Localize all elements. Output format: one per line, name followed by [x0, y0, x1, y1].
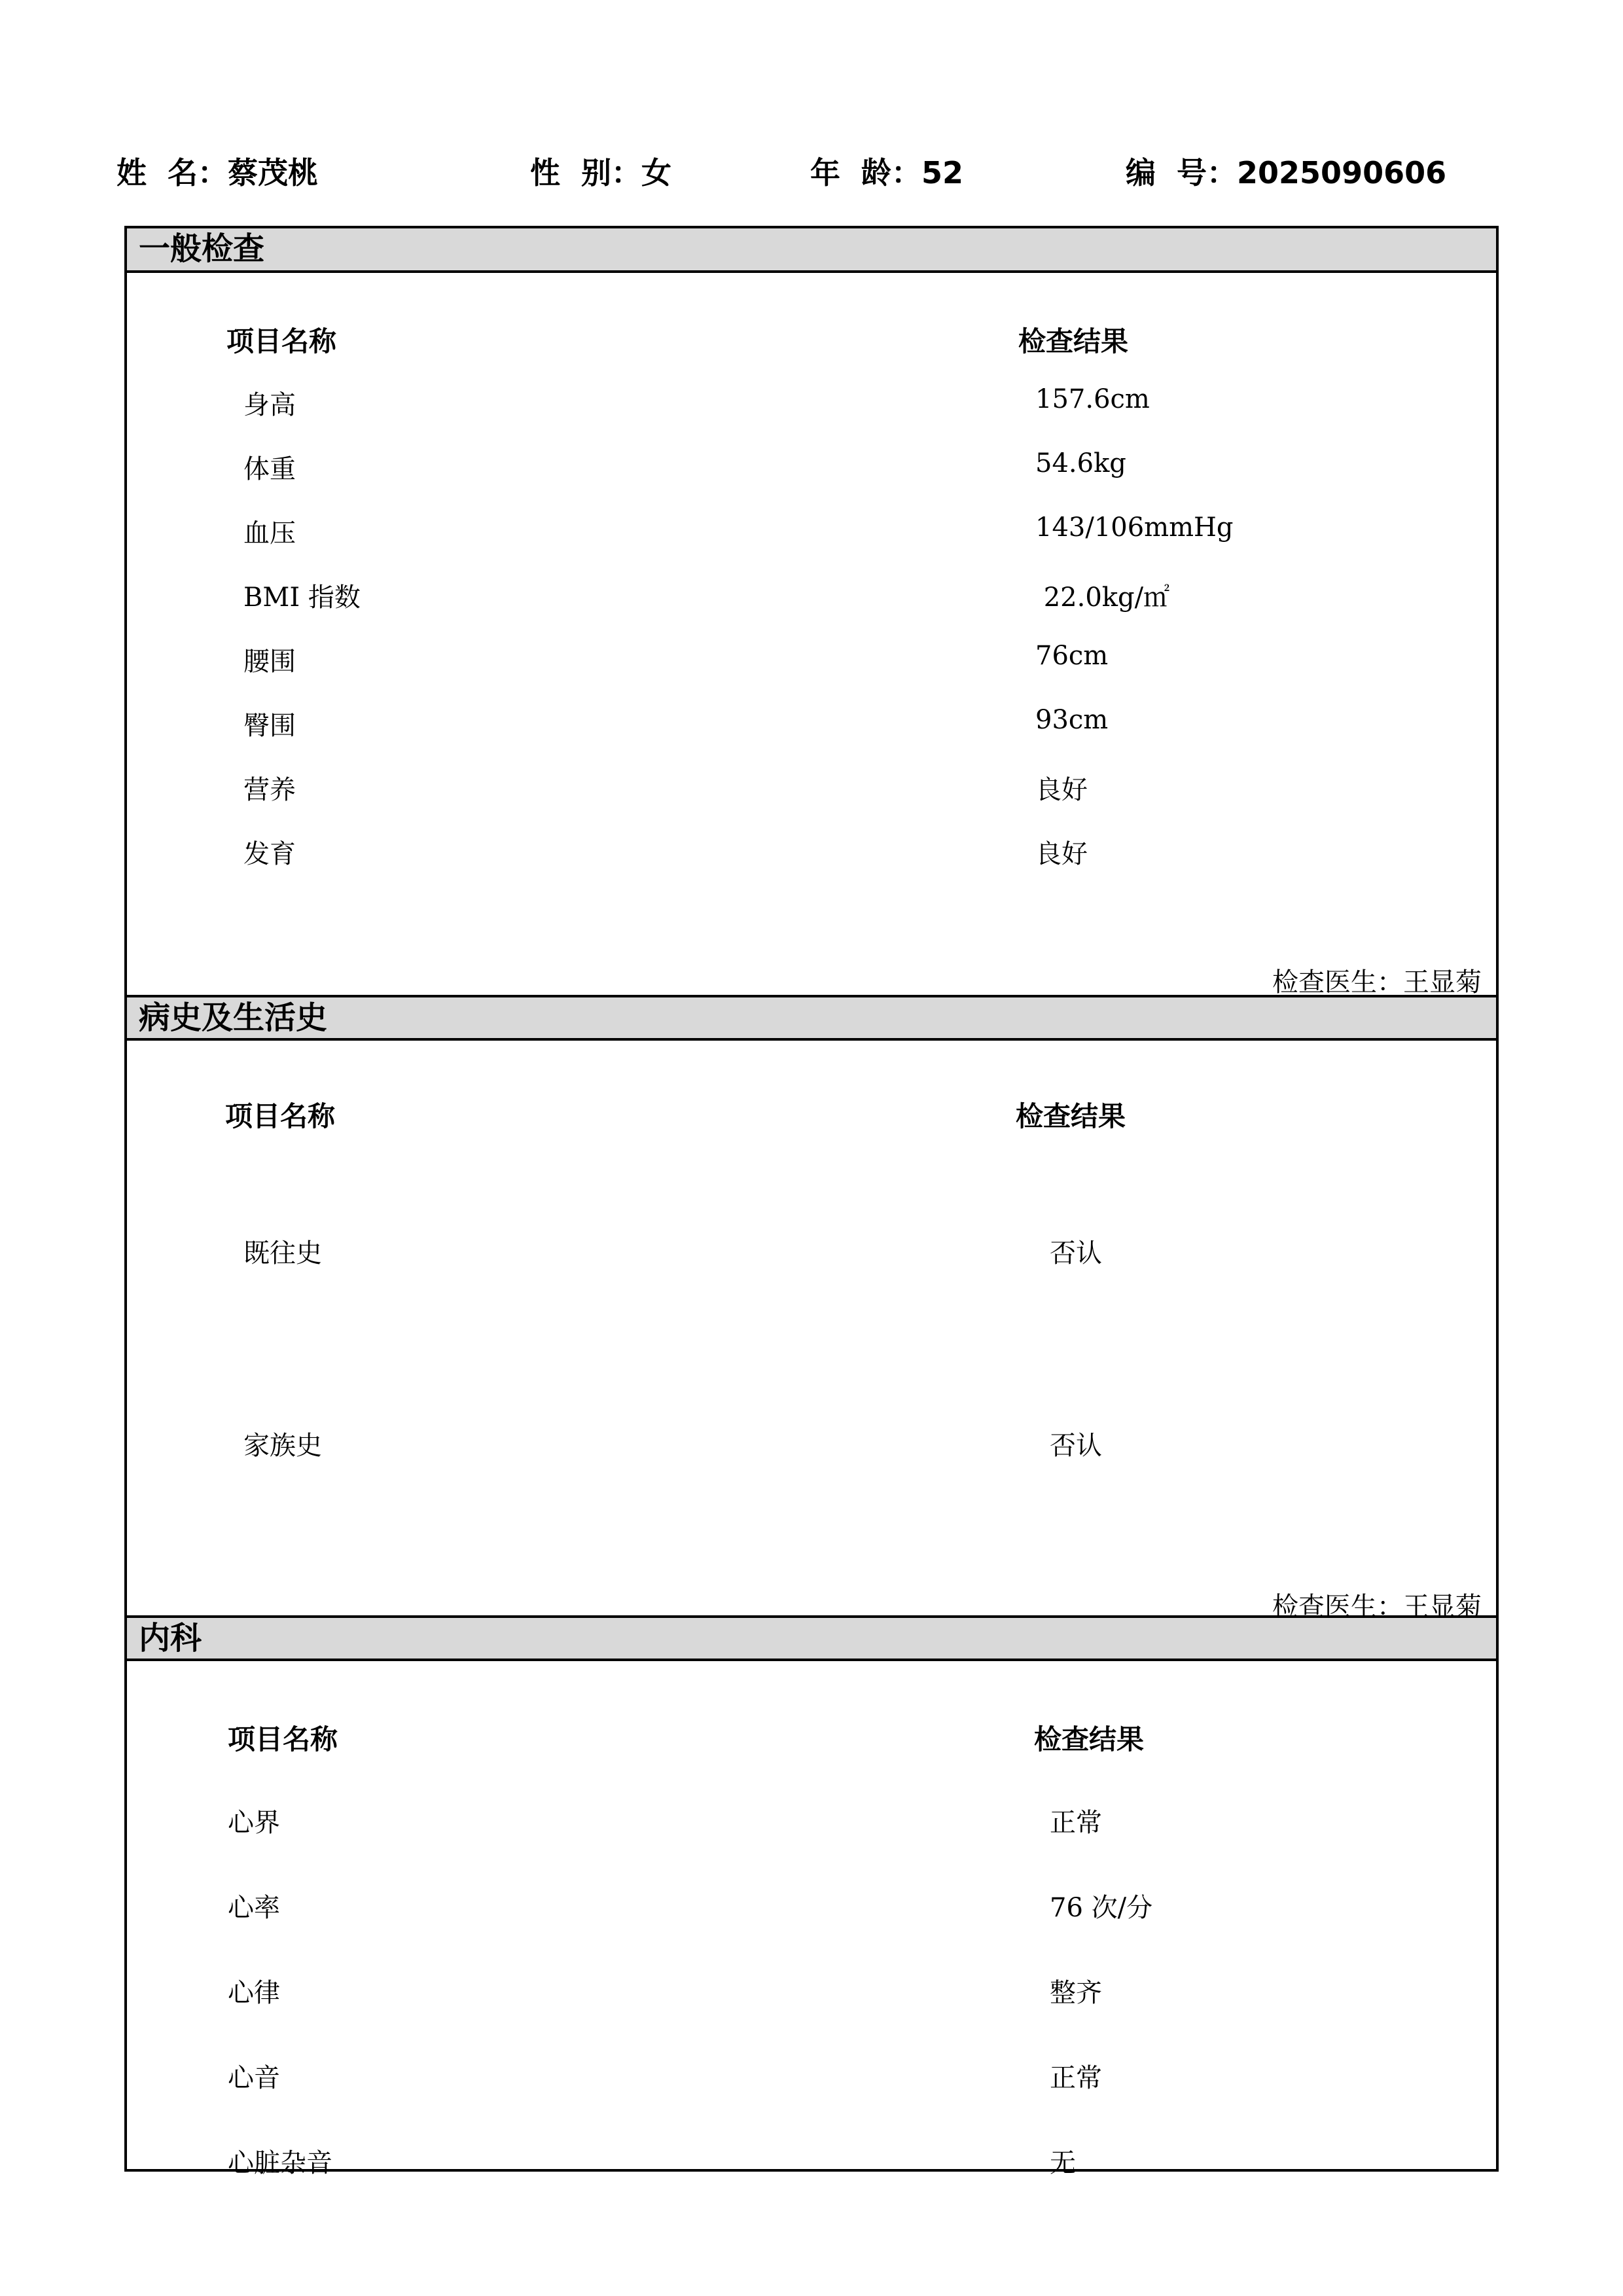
patient-id: 2025090606 [1237, 155, 1446, 190]
item-hip: 臀围 [243, 705, 296, 742]
column-header-item: 项目名称 [228, 1718, 338, 1757]
column-header-result: 检查结果 [1018, 320, 1128, 359]
column-header-result: 检查结果 [1034, 1718, 1144, 1757]
item-bmi: BMI 指数 [243, 577, 361, 614]
column-header-item: 项目名称 [225, 1095, 335, 1134]
result-hip: 93cm [1035, 705, 1108, 735]
item-past-history: 既往史 [243, 1232, 322, 1270]
result-development: 良好 [1035, 833, 1088, 870]
result-heart-rate: 76 次/分 [1050, 1887, 1152, 1924]
column-header-item: 项目名称 [226, 320, 336, 359]
result-family-history: 否认 [1050, 1425, 1102, 1462]
result-heart-murmur: 无 [1050, 2142, 1076, 2179]
section-header-internal-medicine: 内科 [127, 1615, 1496, 1661]
result-bmi: 22.0kg/㎡ [1035, 577, 1169, 614]
result-blood-pressure: 143/106mmHg [1035, 512, 1234, 543]
id-label: 编 号： [1126, 155, 1237, 190]
patient-age: 52 [921, 155, 963, 190]
result-waist: 76cm [1035, 641, 1108, 671]
gender-label: 性 别： [530, 155, 641, 190]
examining-doctor: 检查医生：王显菊 [1272, 961, 1482, 999]
report-box: 一般检查 项目名称 检查结果 身高 157.6cm 体重 54.6kg 血压 1… [124, 226, 1499, 2172]
item-family-history: 家族史 [243, 1425, 322, 1462]
item-development: 发育 [243, 833, 296, 870]
item-heart-rhythm: 心律 [228, 1972, 280, 2009]
patient-gender-field: 性 别：女 [530, 149, 671, 192]
item-nutrition: 营养 [243, 769, 296, 806]
result-heart-border: 正常 [1050, 1802, 1102, 1839]
result-nutrition: 良好 [1035, 769, 1088, 806]
item-height: 身高 [243, 384, 296, 422]
patient-age-field: 年 龄：52 [810, 149, 963, 192]
item-blood-pressure: 血压 [243, 512, 296, 550]
patient-name: 蔡茂桃 [228, 155, 318, 190]
item-heart-border: 心界 [228, 1802, 280, 1839]
item-heart-sounds: 心音 [228, 2057, 280, 2094]
name-label: 姓 名： [116, 155, 228, 190]
result-weight: 54.6kg [1035, 448, 1126, 478]
section-header-medical-history: 病史及生活史 [127, 995, 1496, 1041]
item-heart-murmur: 心脏杂音 [228, 2142, 332, 2179]
item-weight: 体重 [243, 448, 296, 486]
result-height: 157.6cm [1035, 384, 1150, 414]
item-waist: 腰围 [243, 641, 296, 678]
item-heart-rate: 心率 [228, 1887, 280, 1924]
patient-gender: 女 [641, 155, 671, 190]
result-past-history: 否认 [1050, 1232, 1102, 1270]
age-label: 年 龄： [810, 155, 921, 190]
column-header-result: 检查结果 [1016, 1095, 1126, 1134]
patient-id-field: 编 号：2025090606 [1126, 149, 1446, 192]
section-header-general-exam: 一般检查 [127, 228, 1496, 273]
patient-name-field: 姓 名：蔡茂桃 [116, 149, 318, 192]
result-heart-sounds: 正常 [1050, 2057, 1102, 2094]
result-heart-rhythm: 整齐 [1050, 1972, 1102, 2009]
patient-info-line: 姓 名：蔡茂桃 性 别：女 年 龄：52 编 号：2025090606 [0, 149, 1623, 195]
